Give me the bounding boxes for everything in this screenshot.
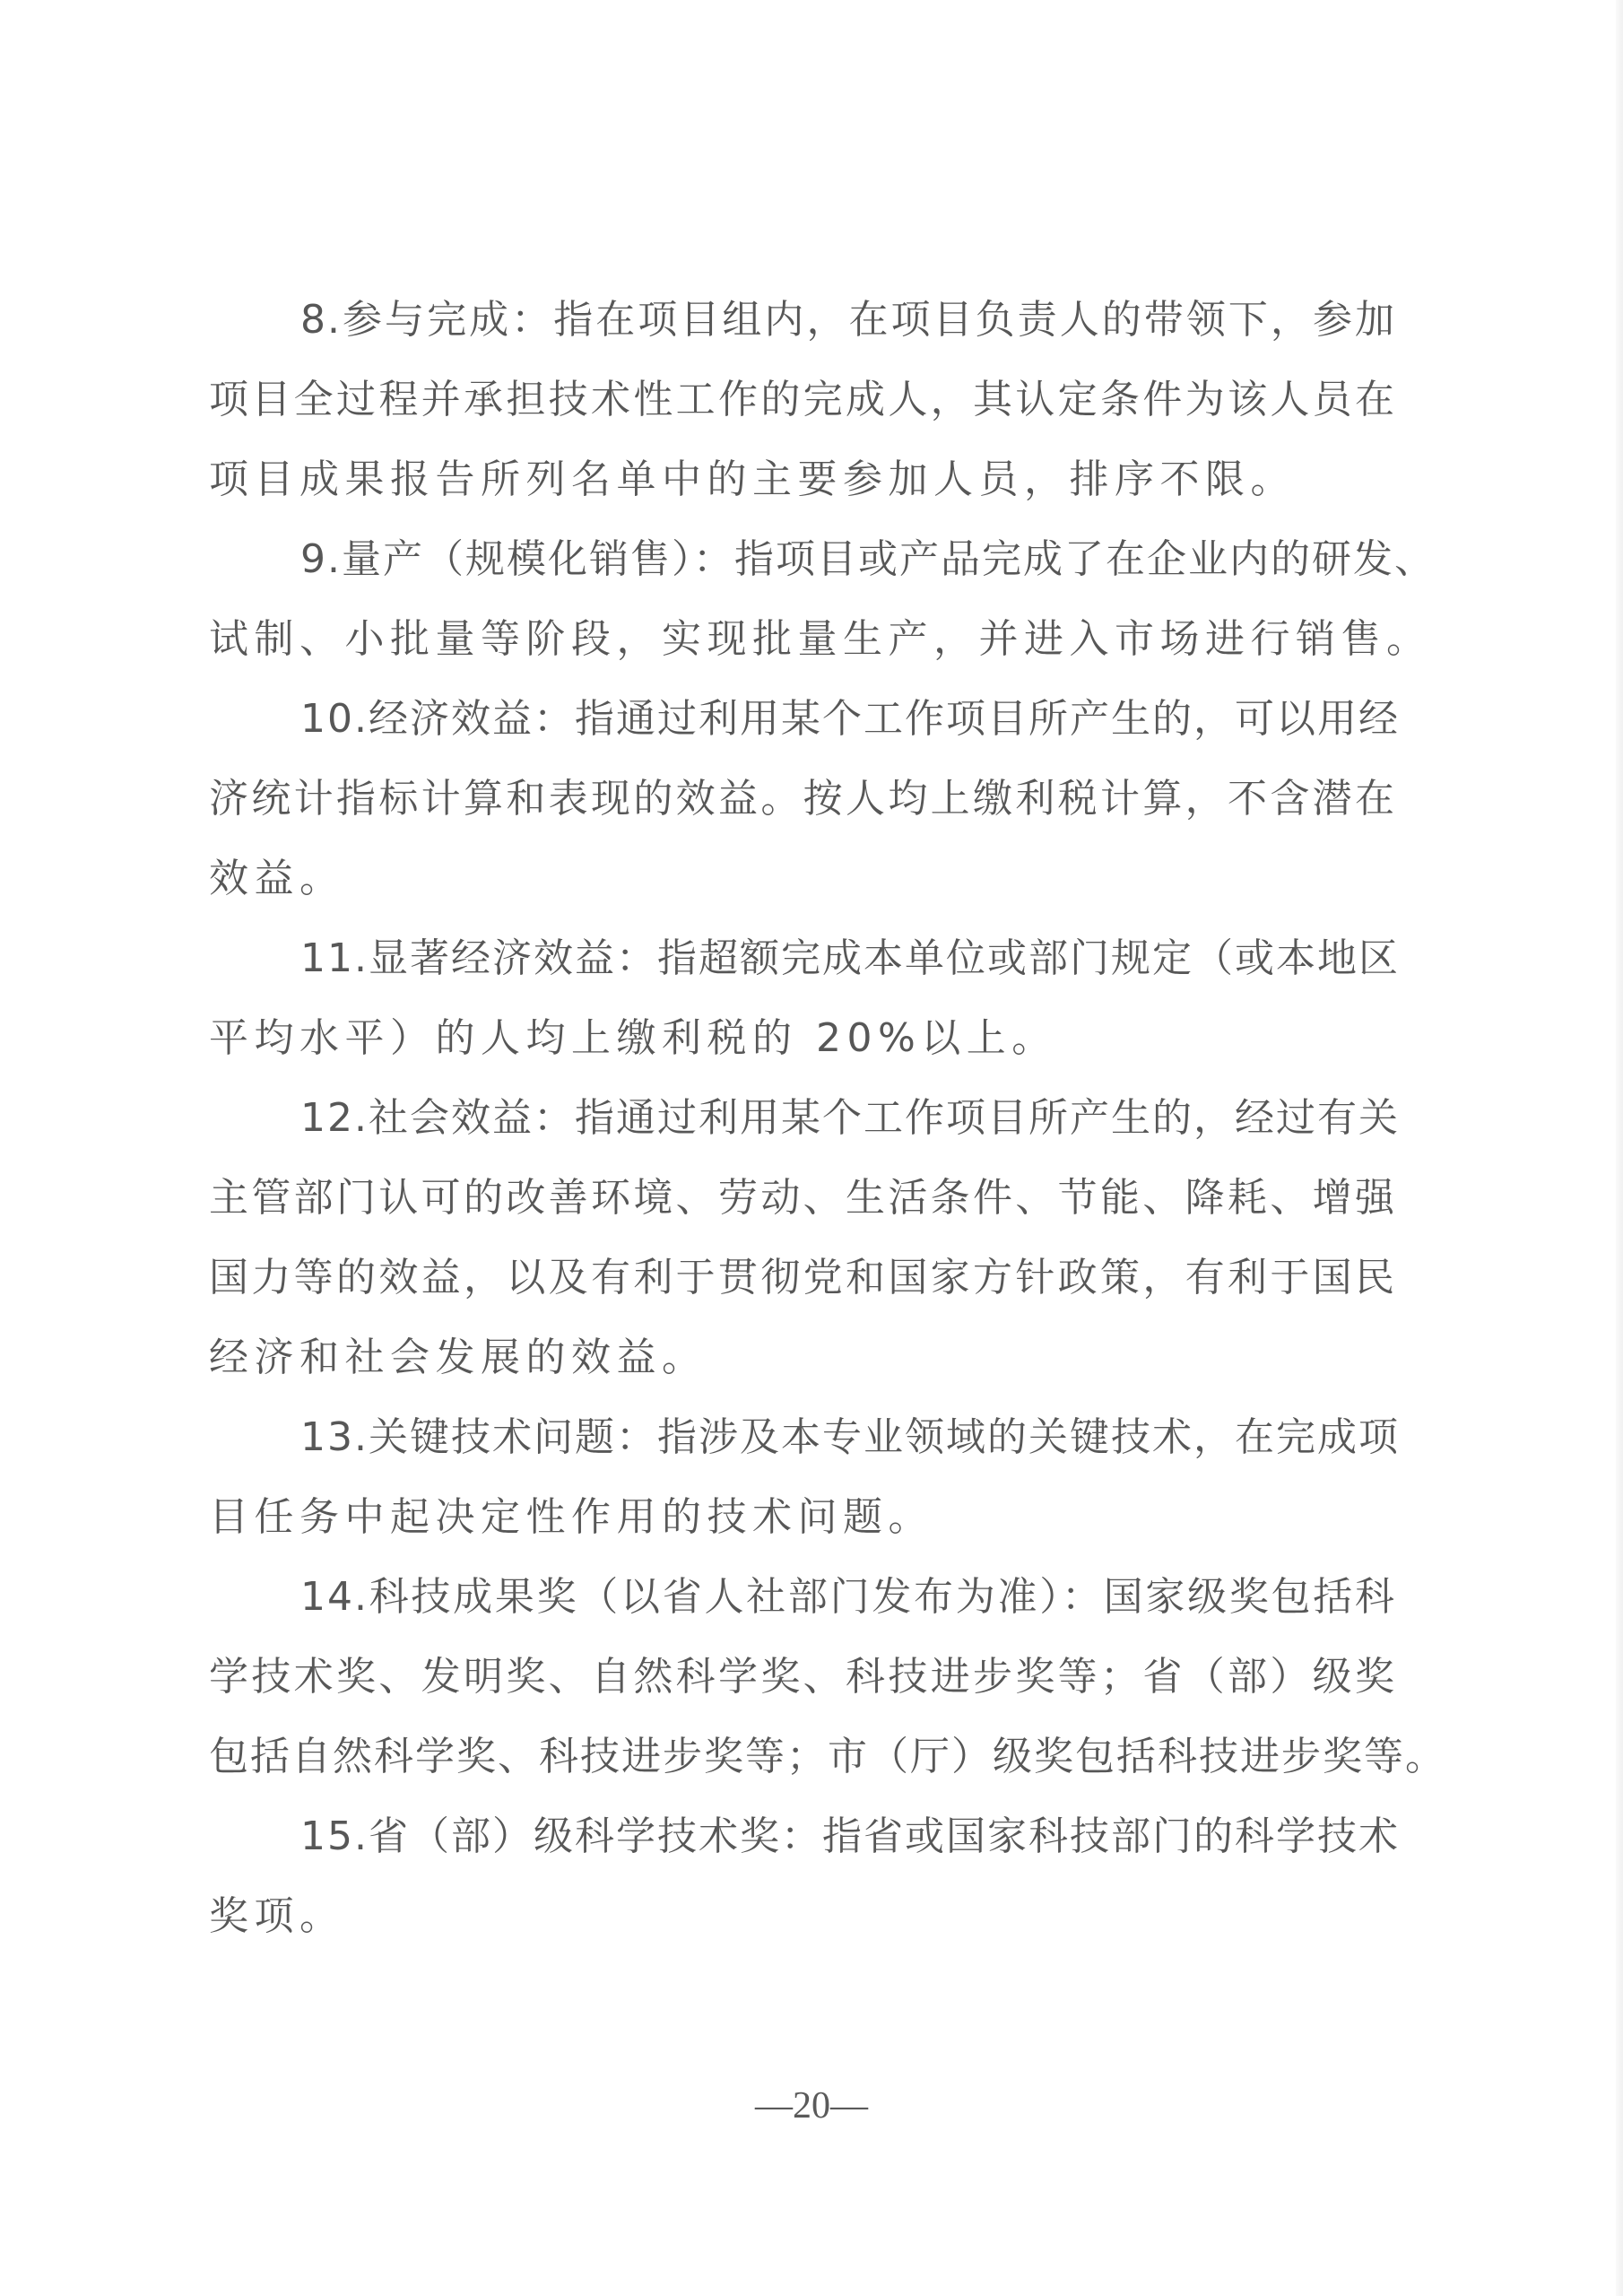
- paragraph-line: 10.经济效益：指通过利用某个工作项目所产生的，可以用经: [209, 679, 1396, 759]
- paragraph-line: 目任务中起决定性作用的技术问题。: [209, 1477, 1396, 1557]
- paragraph-line: 奖项。: [209, 1876, 1396, 1956]
- scan-edge-shadow: [1616, 0, 1623, 2296]
- document-body: 8.参与完成：指在项目组内，在项目负责人的带领下，参加 项目全过程并承担技术性工…: [209, 280, 1396, 1956]
- paragraph-line: 平均水平）的人均上缴利税的 20%以上。: [209, 998, 1396, 1078]
- paragraph-line: 13.关键技术问题：指涉及本专业领域的关键技术，在完成项: [209, 1397, 1396, 1477]
- paragraph-line: 国力等的效益，以及有利于贯彻党和国家方针政策，有利于国民: [209, 1238, 1396, 1318]
- paragraph-line: 效益。: [209, 839, 1396, 918]
- paragraph-line: 11.显著经济效益：指超额完成本单位或部门规定（或本地区: [209, 918, 1396, 998]
- page-number: —20—: [0, 2083, 1623, 2129]
- paragraph-line: 项目全过程并承担技术性工作的完成人，其认定条件为该人员在: [209, 360, 1396, 439]
- paragraph-line: 15.省（部）级科学技术奖：指省或国家科技部门的科学技术: [209, 1796, 1396, 1876]
- definition-paragraph-13: 13.关键技术问题：指涉及本专业领域的关键技术，在完成项 目任务中起决定性作用的…: [209, 1397, 1396, 1557]
- paragraph-line: 12.社会效益：指通过利用某个工作项目所产生的，经过有关: [209, 1078, 1396, 1158]
- definition-paragraph-8: 8.参与完成：指在项目组内，在项目负责人的带领下，参加 项目全过程并承担技术性工…: [209, 280, 1396, 519]
- paragraph-line: 9.量产（规模化销售）：指项目或产品完成了在企业内的研发、: [209, 519, 1396, 599]
- document-page: 8.参与完成：指在项目组内，在项目负责人的带领下，参加 项目全过程并承担技术性工…: [0, 0, 1623, 2296]
- paragraph-line: 包括自然科学奖、科技进步奖等；市（厅）级奖包括科技进步奖等。: [209, 1717, 1396, 1796]
- definition-paragraph-11: 11.显著经济效益：指超额完成本单位或部门规定（或本地区 平均水平）的人均上缴利…: [209, 918, 1396, 1078]
- definition-paragraph-9: 9.量产（规模化销售）：指项目或产品完成了在企业内的研发、 试制、小批量等阶段，…: [209, 519, 1396, 679]
- paragraph-line: 项目成果报告所列名单中的主要参加人员，排序不限。: [209, 439, 1396, 519]
- paragraph-line: 14.科技成果奖（以省人社部门发布为准）：国家级奖包括科: [209, 1557, 1396, 1637]
- definition-paragraph-12: 12.社会效益：指通过利用某个工作项目所产生的，经过有关 主管部门认可的改善环境…: [209, 1078, 1396, 1397]
- paragraph-line: 试制、小批量等阶段，实现批量生产，并进入市场进行销售。: [209, 599, 1396, 679]
- definition-paragraph-10: 10.经济效益：指通过利用某个工作项目所产生的，可以用经 济统计指标计算和表现的…: [209, 679, 1396, 918]
- definition-paragraph-15: 15.省（部）级科学技术奖：指省或国家科技部门的科学技术 奖项。: [209, 1796, 1396, 1956]
- paragraph-line: 济统计指标计算和表现的效益。按人均上缴利税计算，不含潜在: [209, 759, 1396, 839]
- paragraph-line: 8.参与完成：指在项目组内，在项目负责人的带领下，参加: [209, 280, 1396, 360]
- paragraph-line: 学技术奖、发明奖、自然科学奖、科技进步奖等；省（部）级奖: [209, 1637, 1396, 1717]
- paragraph-line: 主管部门认可的改善环境、劳动、生活条件、节能、降耗、增强: [209, 1158, 1396, 1238]
- paragraph-line: 经济和社会发展的效益。: [209, 1318, 1396, 1397]
- definition-paragraph-14: 14.科技成果奖（以省人社部门发布为准）：国家级奖包括科 学技术奖、发明奖、自然…: [209, 1557, 1396, 1796]
